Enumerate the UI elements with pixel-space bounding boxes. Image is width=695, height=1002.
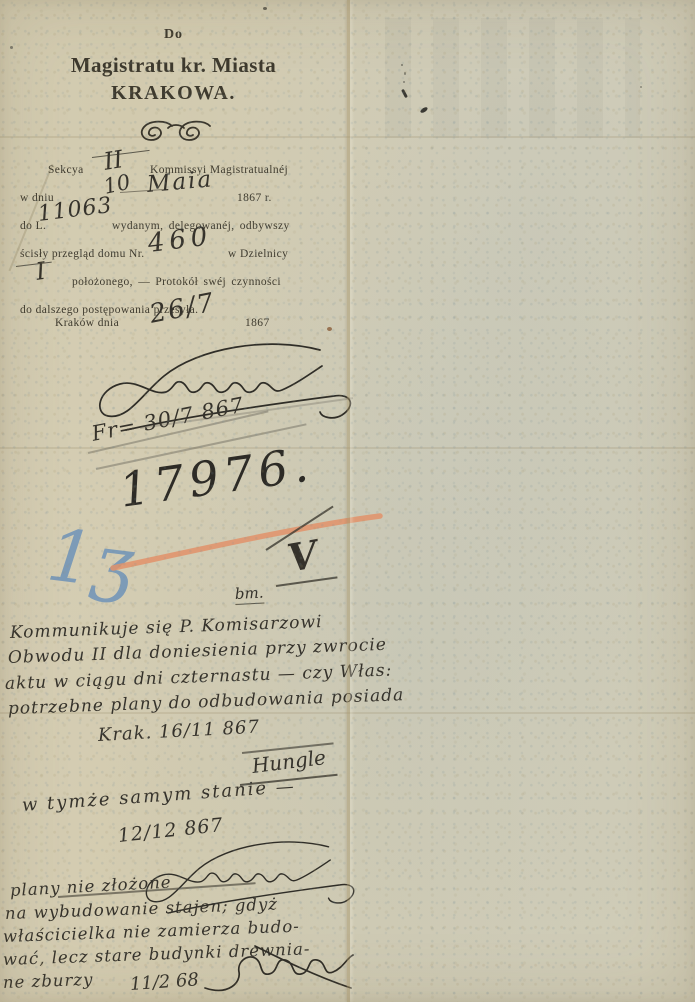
form-line4-rest: w Dzielnicy xyxy=(228,248,288,260)
ink-speck xyxy=(403,81,405,83)
roman-numeral: V xyxy=(285,535,321,578)
ink-speck xyxy=(263,7,267,10)
official-signature-bottom xyxy=(203,942,355,1000)
vertical-fold-line xyxy=(347,0,350,1002)
ink-speck xyxy=(401,64,403,66)
ink-speck xyxy=(10,46,13,49)
note-dec-line1: w tymże samym stanie — xyxy=(21,778,296,815)
registry-file-number: 17976. xyxy=(117,441,316,515)
form-fill-house-number: 460 xyxy=(146,223,213,257)
paper-stain-dot xyxy=(327,327,332,331)
letterhead-addressee-line1: Magistratu kr. Miasta xyxy=(0,53,347,78)
dateline-label: Kraków dnia xyxy=(55,317,119,329)
form-fill-month: Maia xyxy=(146,168,214,197)
abbreviation-bm: bm. xyxy=(235,586,264,605)
ink-speck xyxy=(640,86,642,88)
letterhead-salutation: Do xyxy=(0,27,347,43)
bleedthrough-ghost xyxy=(385,18,640,138)
ink-speck xyxy=(404,72,406,75)
note1868-line5: ne zburzy xyxy=(3,972,94,992)
letterhead-addressee-line2: KRAKOWA. xyxy=(0,82,347,105)
form-line5-rest: położonego, — Protokół swéj czynności xyxy=(72,276,281,288)
ornament-icon xyxy=(138,119,216,145)
note1867-date: Krak. 16/11 867 xyxy=(98,719,261,745)
form-fill-file-number: 11063 xyxy=(37,195,114,226)
note1868-date: 11/2 68 xyxy=(129,971,199,994)
form-line1-label: Sekcya xyxy=(48,164,84,176)
form-line2-rest: 1867 r. xyxy=(237,192,272,204)
dateline-fill-date: 26/7 xyxy=(148,290,218,328)
scanned-document-page: Do Magistratu kr. Miasta KRAKOWA. Sekcya… xyxy=(0,0,695,1002)
form-fill-section-number: II xyxy=(102,147,124,174)
dateline-year: 1867 xyxy=(245,317,270,329)
